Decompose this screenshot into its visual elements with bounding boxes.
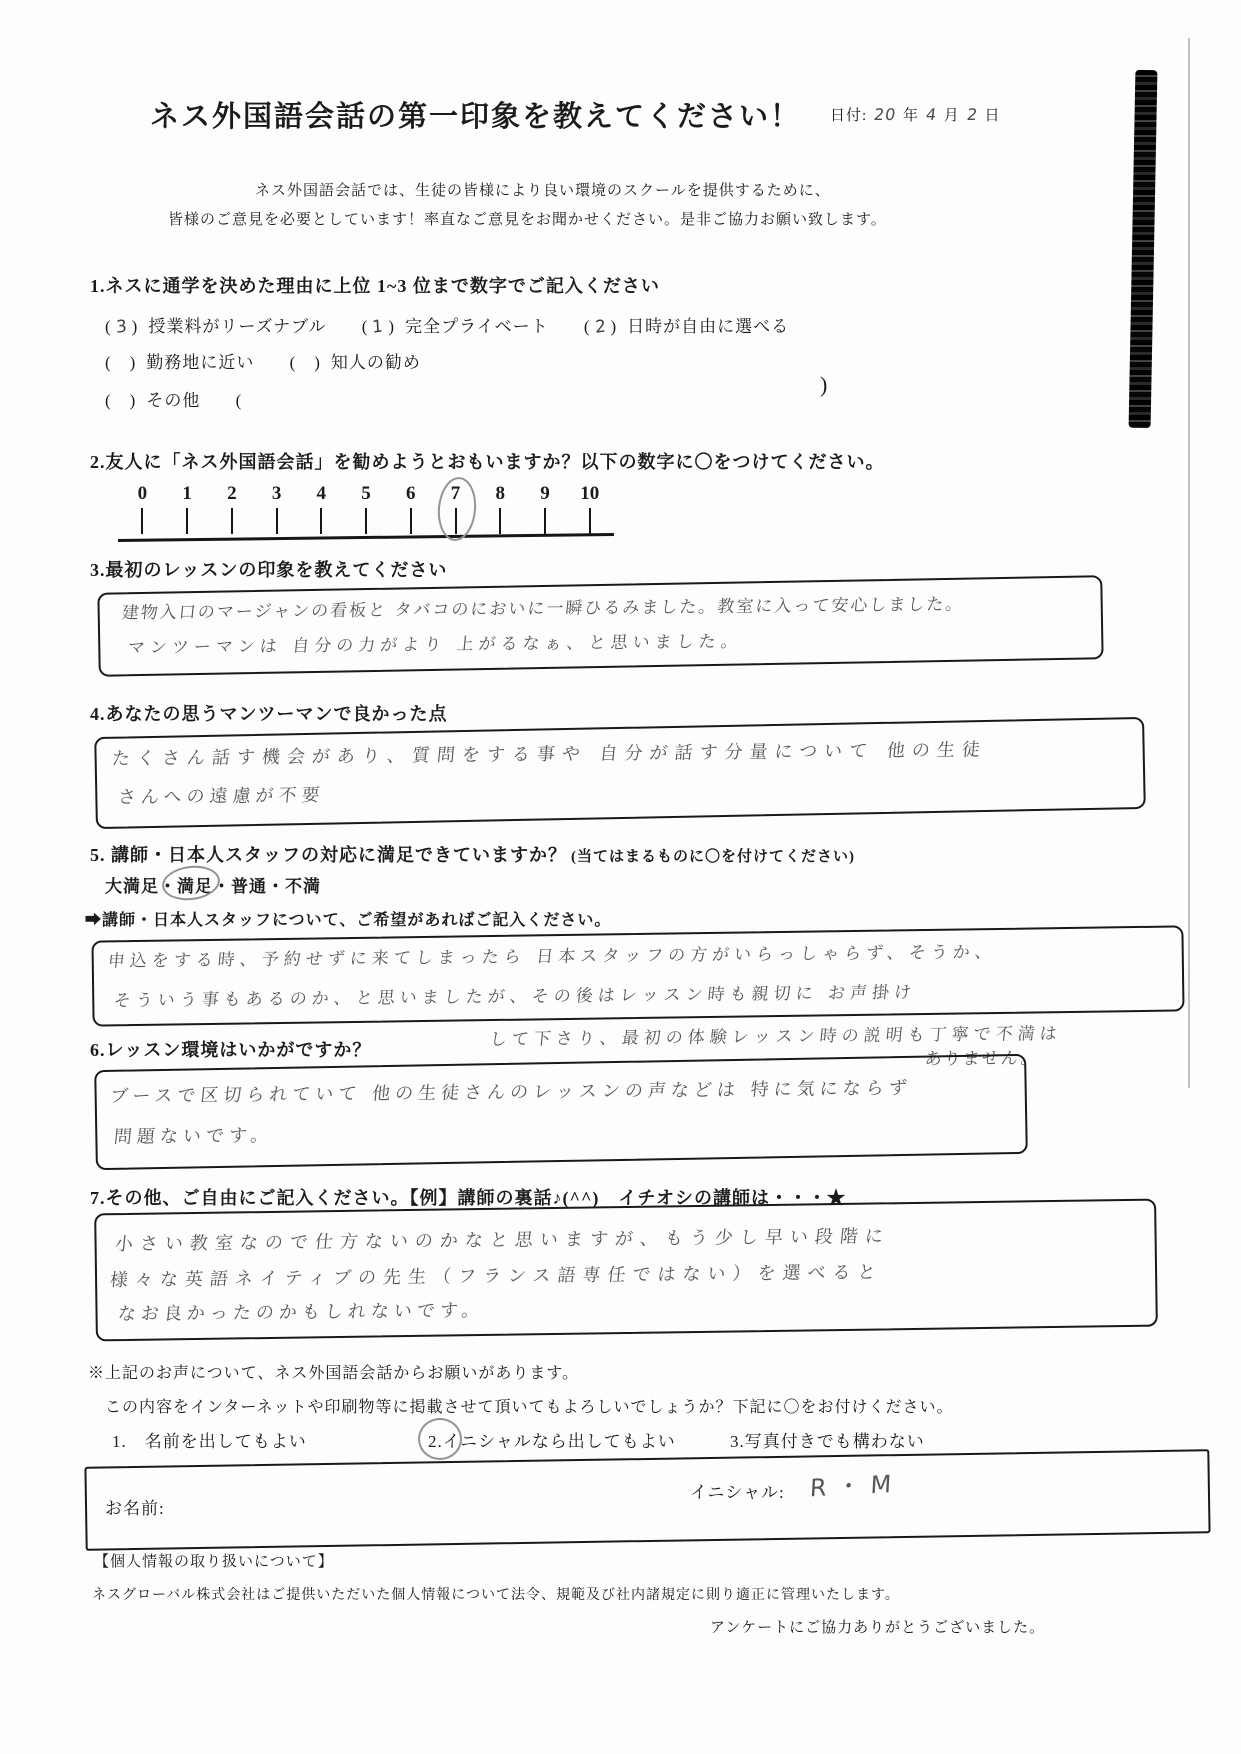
intro-line-2: 皆様のご意見を必要としています！率直なご意見をお聞かせください。是非ご協力お願い…: [168, 208, 887, 229]
q4-answer-line2: さんへの遠慮が不要: [117, 781, 326, 809]
q1-options-row3: ( )その他 (: [105, 386, 242, 411]
q1-option-label: 日時が自由に選べる: [627, 317, 789, 336]
scale-cell: 10: [567, 483, 612, 534]
q7-answer-line3: なお良かったのかもしれないです。: [117, 1296, 486, 1326]
q1-option-label: 知人の勧め: [331, 353, 421, 372]
empty-paren: ( ): [105, 353, 136, 372]
date-month-unit: 月: [944, 108, 960, 124]
initial-label: イニシャル:: [690, 1478, 785, 1503]
date-day-handwritten: 2: [963, 105, 981, 124]
selected-publish-option-circle: [418, 1418, 462, 1460]
paren: (: [584, 317, 591, 336]
q4-answer-box: [94, 717, 1146, 829]
scan-artifact-band: [1129, 70, 1158, 428]
q3-heading: 3.最初のレッスンの印象を教えてください: [90, 556, 447, 582]
selected-satisfaction-circle: [160, 863, 222, 904]
q1-option-label: 勤務地に近い: [146, 353, 254, 372]
publish-option-1: 1. 名前を出してもよい: [112, 1427, 307, 1452]
q1-rank-handwritten: 1: [368, 316, 389, 339]
scale-tick: [589, 508, 591, 534]
scale-cell: 1: [165, 483, 210, 534]
other-open-paren: (: [236, 391, 243, 411]
q1-options-row1: (3)授業料がリーズナブル (1)完全プライベート (2)日時が自由に選べる: [105, 312, 789, 337]
publish-option-2: 2.イニシャルなら出してもよい: [428, 1427, 676, 1452]
privacy-title: 【個人情報の取り扱いについて】: [94, 1550, 334, 1571]
scale-baseline: [118, 533, 614, 542]
date-day-unit: 日: [984, 108, 1000, 124]
q6-answer-line2: 問題ないです。: [113, 1121, 275, 1149]
scale-cell: 8: [478, 483, 523, 534]
scale-number: 1: [182, 483, 192, 505]
scale-number: 3: [272, 483, 282, 505]
q1-heading: 1.ネスに通学を決めた理由に上位 1~3 位まで数字でご記入ください: [90, 272, 660, 298]
q1-option-label: その他: [146, 391, 200, 410]
publish-question: この内容をインターネットや印刷物等に掲載させて頂いてもよろしいでしょうか？下記に…: [105, 1394, 954, 1417]
thanks-text: アンケートにご協力ありがとうございました。: [710, 1616, 1045, 1637]
scanned-survey-sheet: ネス外国語会話の第一印象を教えてください！ 日付: 20 年 4 月 2 日 ネ…: [0, 0, 1241, 1754]
scale-cell: 5: [344, 483, 389, 534]
scale-tick: [276, 508, 278, 534]
privacy-text: ネスグローバル株式会社はご提供いただいた個人情報について法令、規範及び社内諸規定…: [92, 1584, 900, 1604]
scale-tick: [141, 508, 143, 534]
q5-heading: 5. 講師・日本人スタッフの対応に満足できていますか？ (当てはまるものに〇を付…: [90, 841, 855, 867]
q1-option-label: 完全プライベート: [405, 317, 549, 336]
scale-tick: [544, 508, 546, 534]
q1-options-row2: ( )勤務地に近い ( )知人の勧め: [105, 348, 421, 373]
q1-option-referral: ( )知人の勧め: [290, 348, 421, 373]
scale-cell: 9: [523, 483, 568, 534]
q2-heading: 2.友人に「ネス外国語会話」を勧めようとおもいますか？以下の数字に〇をつけてくだ…: [90, 448, 885, 474]
scale-cell: 4: [299, 483, 344, 534]
scale-tick: [186, 508, 188, 534]
paren: ): [132, 317, 139, 336]
scale-tick: [410, 508, 412, 534]
name-label: お名前:: [105, 1494, 165, 1519]
scale-tick: [499, 508, 501, 534]
scale-number: 10: [580, 483, 599, 505]
q1-option-other: ( )その他: [105, 386, 200, 411]
name-box: [84, 1449, 1210, 1551]
intro-line-1: ネス外国語会話では、生徒の皆様により良い環境のスクールを提供するために、: [255, 179, 831, 200]
publish-note: ※上記のお声について、ネス外国語会話からお願いがあります。: [88, 1360, 579, 1383]
initial-value-handwritten: R・M: [809, 1464, 902, 1504]
scale-number: 6: [406, 483, 416, 505]
scale-tick: [365, 508, 367, 534]
publish-option-3: 3.写真付きでも構わない: [730, 1427, 925, 1452]
date-year-unit: 年: [903, 108, 919, 124]
q6-answer-box: [94, 1054, 1028, 1170]
scan-edge-line: [1188, 38, 1190, 1088]
q5-heading-main: 5. 講師・日本人スタッフの対応に満足できていますか？: [90, 845, 567, 865]
q4-heading: 4.あなたの思うマンツーマンで良かった点: [90, 700, 448, 726]
scale-number: 8: [495, 483, 505, 505]
scale-number: 2: [227, 483, 237, 505]
scale-number: 4: [317, 483, 327, 505]
date-label: 日付:: [830, 108, 867, 124]
q1-option-schedule: (2)日時が自由に選べる: [584, 312, 789, 337]
scale-number: 9: [540, 483, 550, 505]
other-close-paren: ): [820, 372, 827, 398]
scale-tick: [320, 508, 322, 534]
date-field: 日付: 20 年 4 月 2 日: [830, 104, 1000, 125]
q1-option-private: (1)完全プライベート: [362, 312, 549, 337]
q6-heading: 6.レッスン環境はいかがですか？: [90, 1036, 371, 1062]
paren: ): [388, 317, 395, 336]
scale-cell: 2: [209, 483, 254, 534]
scale-cell: 3: [254, 483, 299, 534]
q5-heading-note: (当てはまるものに〇を付けてください): [571, 849, 855, 865]
scale-tick: [231, 508, 233, 534]
empty-paren: ( ): [290, 353, 321, 372]
q1-option-workplace: ( )勤務地に近い: [105, 348, 254, 373]
scale-cell: 6: [388, 483, 433, 534]
q1-rank-handwritten: 3: [111, 316, 132, 339]
page-title: ネス外国語会話の第一印象を教えてください！: [150, 94, 801, 135]
scale-cell: 0: [120, 483, 165, 534]
paren: ): [611, 317, 618, 336]
q2-rating-scale: 0 1 2 3 4 5 6 7 8 9 10: [120, 483, 612, 534]
q1-option-label: 授業料がリーズナブル: [148, 317, 326, 336]
q1-rank-handwritten: 2: [590, 316, 611, 339]
date-month-handwritten: 4: [922, 105, 940, 124]
scale-number: 5: [361, 483, 371, 505]
q1-option-tuition: (3)授業料がリーズナブル: [105, 312, 326, 337]
q5-subheading: ➡講師・日本人スタッフについて、ご希望があればご記入ください。: [85, 907, 611, 930]
scale-number: 0: [138, 483, 148, 505]
date-year-handwritten: 20: [871, 105, 900, 124]
empty-paren: ( ): [105, 391, 136, 410]
